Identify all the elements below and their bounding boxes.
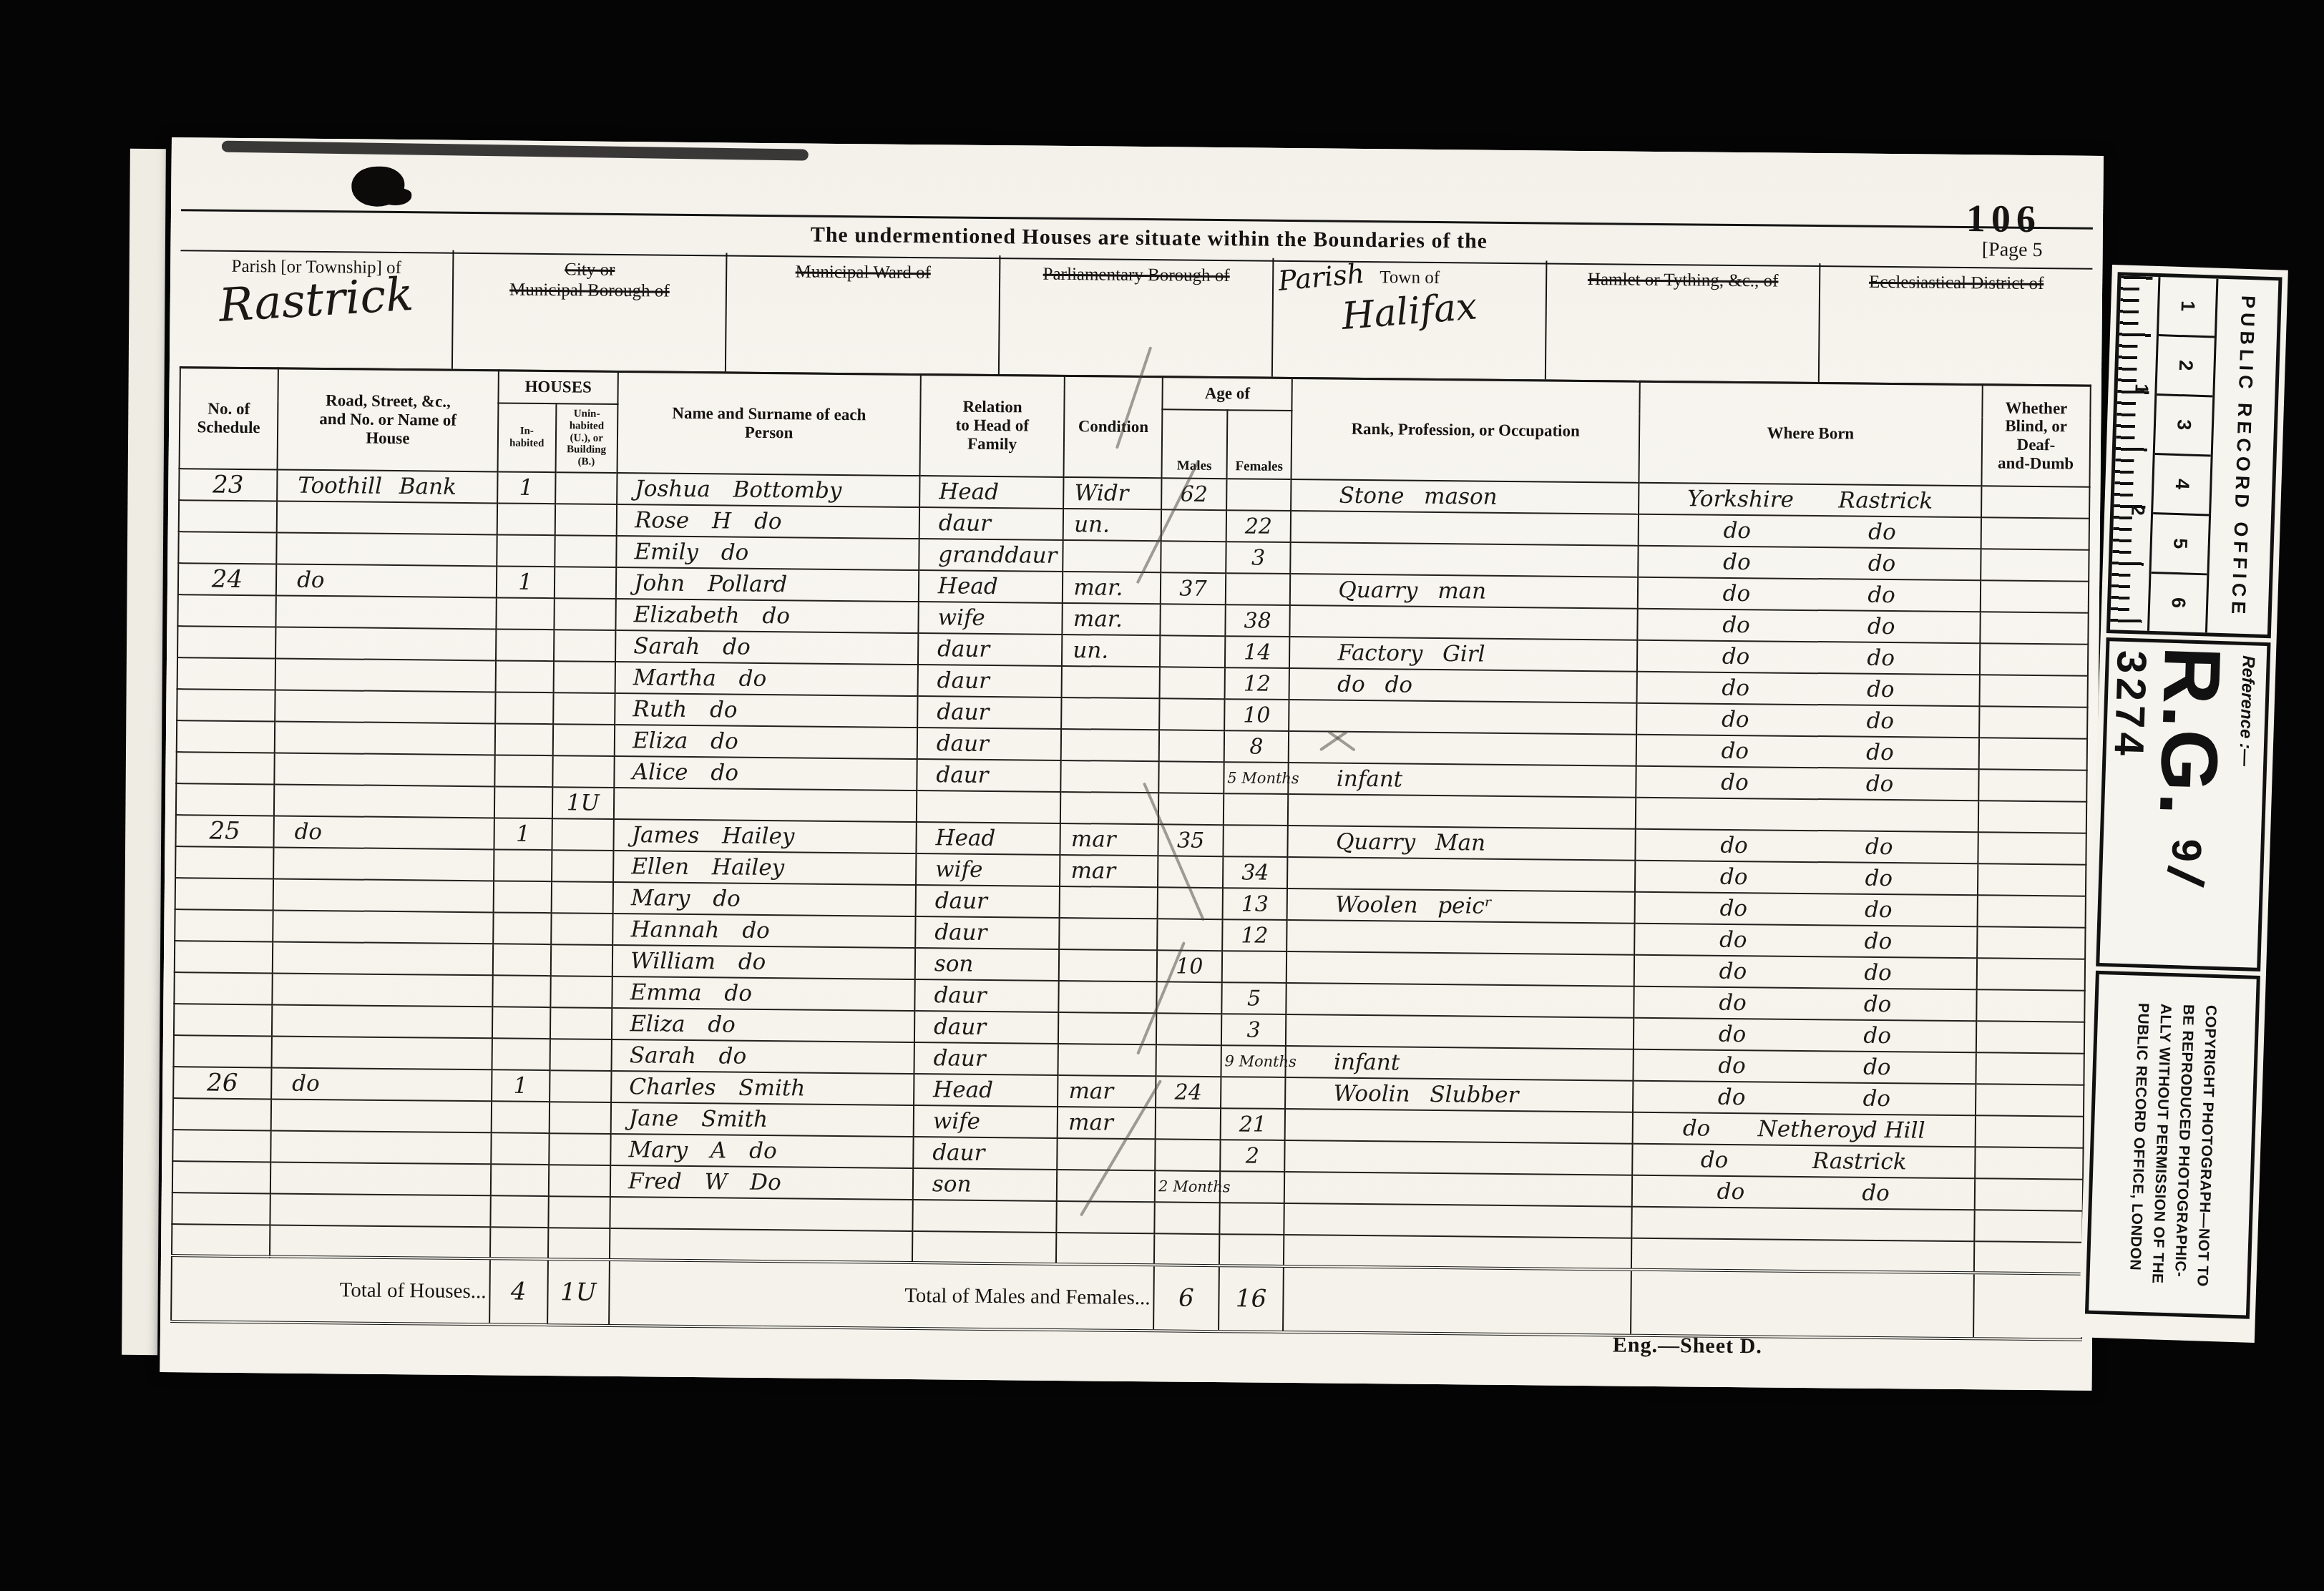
cell-name: Mary do bbox=[613, 882, 916, 916]
cell-inhabited bbox=[492, 1038, 550, 1070]
reference-label: Reference :— bbox=[2235, 655, 2258, 767]
cell-relation: granddaur bbox=[919, 539, 1063, 572]
pro-office-label: PUBLIC RECORD OFFICE bbox=[2207, 279, 2279, 635]
cell-inhabited bbox=[491, 1132, 549, 1165]
born-place: Rastrick bbox=[1838, 487, 1933, 514]
born-county: do bbox=[1719, 959, 1747, 984]
cell-address bbox=[272, 1004, 492, 1038]
cell-schedule bbox=[177, 657, 275, 690]
col-address: Road, Street, &c., and No. or Name of Ho… bbox=[277, 368, 498, 471]
cell-infirmity bbox=[1978, 769, 2087, 801]
born-county: do bbox=[1720, 833, 1748, 858]
cell-schedule bbox=[175, 846, 273, 878]
cell-relation: Head bbox=[916, 822, 1060, 855]
cell-schedule: 25 bbox=[175, 815, 273, 847]
reference-slash: / bbox=[2158, 863, 2213, 891]
cell-condition bbox=[1059, 918, 1157, 950]
copyright-notice: COPYRIGHT PHOTOGRAPH—NOT TO BE REPRODUCE… bbox=[2123, 1002, 2222, 1287]
cell-occupation: Woolin Slubber bbox=[1285, 1077, 1633, 1112]
cell-uninhabited bbox=[555, 535, 617, 567]
cell-name: Jane Smith bbox=[611, 1102, 914, 1137]
cell-age-female: 5 bbox=[1221, 982, 1286, 1014]
total-males-females-label: Total of Males and Females... bbox=[609, 1260, 1154, 1331]
col-inhabited: In- habited bbox=[498, 403, 556, 472]
cell-born bbox=[1636, 798, 1979, 833]
district-label: Hamlet or Tything, &c., of bbox=[1588, 270, 1779, 292]
cell-age-male bbox=[1155, 1139, 1220, 1171]
col-age-group: Age of bbox=[1163, 376, 1293, 411]
born-county: do bbox=[1722, 707, 1749, 733]
cell-schedule bbox=[172, 1224, 270, 1256]
born-county: do bbox=[1722, 612, 1750, 638]
total-males: 6 bbox=[1153, 1265, 1219, 1331]
district-cell: Parliamentary Borough of bbox=[1000, 255, 1274, 377]
cell-inhabited bbox=[496, 597, 554, 630]
district-cell: Municipal Ward of bbox=[726, 253, 1001, 374]
cell-age-male bbox=[1155, 1202, 1220, 1234]
cell-schedule bbox=[177, 720, 275, 753]
cell-condition: mar. bbox=[1063, 572, 1161, 604]
born-place: do bbox=[1865, 866, 1893, 891]
cell-occupation bbox=[1286, 983, 1634, 1018]
district-cell: ParishTown ofHalifax bbox=[1273, 258, 1548, 380]
cell-age-male: 24 bbox=[1156, 1076, 1221, 1108]
cell-inhabited bbox=[496, 629, 554, 661]
cell-inhabited bbox=[494, 755, 552, 787]
cell-name: Mary A do bbox=[610, 1134, 913, 1168]
cell-uninhabited bbox=[550, 944, 612, 976]
cell-inhabited bbox=[493, 944, 551, 976]
cell-age-female bbox=[1226, 479, 1292, 511]
cell-born: dodo bbox=[1636, 766, 1979, 801]
cell-schedule bbox=[172, 1130, 270, 1162]
cell-infirmity bbox=[1975, 1147, 2084, 1179]
born-place: do bbox=[1862, 1180, 1890, 1206]
col-houses-group: HOUSES bbox=[498, 370, 618, 404]
cell-relation: daur bbox=[913, 1137, 1058, 1170]
born-county: do bbox=[1719, 927, 1747, 953]
cell-born: dodo bbox=[1638, 546, 1981, 581]
cell-age-female: 12 bbox=[1224, 667, 1289, 700]
item-number: 3274 bbox=[2105, 650, 2155, 760]
born-county: do bbox=[1722, 644, 1750, 670]
cell-age-female: 21 bbox=[1220, 1108, 1285, 1140]
cell-age-male bbox=[1158, 856, 1223, 888]
cell-condition: mar. bbox=[1063, 603, 1161, 635]
cell-inhabited bbox=[496, 660, 554, 692]
cell-schedule bbox=[179, 500, 277, 532]
cell-age-female: 3 bbox=[1221, 1014, 1286, 1046]
reference-box: R.G. 9 / 3274 Reference :— bbox=[2096, 637, 2270, 971]
cell-infirmity bbox=[1978, 832, 2086, 864]
cell-condition bbox=[1057, 1201, 1155, 1233]
cell-inhabited bbox=[494, 786, 552, 818]
cell-name: Fred W Do bbox=[610, 1165, 913, 1200]
cell-occupation: infant bbox=[1286, 1046, 1634, 1081]
cell-uninhabited bbox=[548, 1165, 610, 1197]
pro-ruler-strip: 1 2 1 2 3 4 5 6 PUBLIC RECORD OFFICE R.G… bbox=[2079, 265, 2288, 1343]
cell-occupation: Factory Girl bbox=[1289, 637, 1637, 672]
cell-address bbox=[273, 847, 494, 881]
cell-age-female: 22 bbox=[1226, 510, 1291, 542]
total-houses-label: Total of Houses... bbox=[171, 1255, 490, 1324]
cell-uninhabited bbox=[547, 1228, 610, 1260]
cell-inhabited bbox=[490, 1227, 548, 1259]
cell-address bbox=[273, 941, 493, 975]
cell-age-male: 62 bbox=[1161, 478, 1226, 510]
district-cell: City or Municipal Borough of bbox=[453, 250, 728, 372]
cell-age-male bbox=[1159, 730, 1224, 762]
cell-born: dodo bbox=[1634, 1018, 1977, 1053]
born-place: do bbox=[1864, 960, 1892, 986]
cell-relation: daur bbox=[917, 728, 1062, 760]
born-county: do bbox=[1719, 896, 1747, 921]
cell-relation: daur bbox=[917, 759, 1061, 792]
cell-inhabited bbox=[492, 1101, 550, 1133]
cell-name bbox=[610, 1197, 912, 1231]
cell-born: dodo bbox=[1636, 735, 1979, 770]
ruler-scale-number: 3 bbox=[2155, 396, 2213, 456]
born-county: do bbox=[1722, 675, 1749, 701]
cell-occupation bbox=[1285, 1140, 1633, 1175]
cell-age-male bbox=[1158, 761, 1224, 793]
cell-age-male bbox=[1156, 1107, 1221, 1140]
cell-occupation: Stone mason bbox=[1291, 479, 1639, 514]
cell-schedule bbox=[174, 1035, 272, 1067]
cell-infirmity bbox=[1976, 1084, 2084, 1116]
cell-condition bbox=[1057, 1138, 1155, 1170]
cell-born: dodo bbox=[1637, 577, 1981, 612]
cell-schedule bbox=[175, 878, 273, 910]
cell-uninhabited bbox=[552, 724, 615, 756]
cell-relation: Head bbox=[919, 570, 1063, 603]
cell-name: Emma do bbox=[612, 976, 914, 1011]
cell-age-male bbox=[1158, 793, 1224, 825]
scan-smear bbox=[222, 141, 809, 161]
cell-age-male: 37 bbox=[1161, 572, 1226, 604]
cell-inhabited: 1 bbox=[497, 566, 555, 598]
cell-age-female bbox=[1219, 1203, 1284, 1235]
born-county: do bbox=[1721, 770, 1749, 795]
cell-born bbox=[1631, 1238, 1975, 1273]
cell-infirmity bbox=[1974, 1210, 2083, 1242]
cell-age-female bbox=[1223, 825, 1288, 857]
cell-age-female: 10 bbox=[1224, 699, 1289, 731]
cell-condition: mar bbox=[1060, 823, 1158, 856]
ruler-scale-number: 2 bbox=[2157, 336, 2215, 397]
cell-uninhabited bbox=[552, 850, 614, 882]
cell-name: Alice do bbox=[614, 756, 917, 790]
cell-occupation: infant bbox=[1289, 763, 1636, 798]
cell-name: Ruth do bbox=[615, 693, 917, 728]
cell-occupation bbox=[1286, 1014, 1634, 1049]
cell-age-female bbox=[1226, 573, 1291, 605]
cell-name: Eliza do bbox=[612, 1008, 914, 1042]
cell-condition bbox=[1059, 981, 1157, 1013]
cell-name bbox=[614, 788, 917, 822]
district-value: Rastrick bbox=[179, 265, 454, 335]
cell-condition bbox=[1056, 1233, 1154, 1265]
cell-schedule bbox=[176, 783, 274, 816]
cell-condition bbox=[1061, 697, 1159, 730]
cell-address bbox=[273, 878, 494, 912]
born-county: do bbox=[1723, 518, 1751, 544]
cell-age-female bbox=[1224, 793, 1289, 826]
cell-condition: un. bbox=[1062, 635, 1160, 667]
born-place: do bbox=[1868, 551, 1896, 577]
ruler-scale-number: 5 bbox=[2151, 514, 2209, 575]
cell-address bbox=[271, 1099, 492, 1132]
cell-age-male: 2 Months bbox=[1155, 1170, 1220, 1203]
col-born: Where Born bbox=[1639, 381, 1983, 486]
cell-age-female: 34 bbox=[1223, 856, 1288, 888]
cell-uninhabited bbox=[551, 913, 613, 945]
born-county: do bbox=[1717, 1179, 1745, 1205]
cell-uninhabited bbox=[553, 630, 615, 662]
cell-name: Rose H do bbox=[617, 504, 919, 539]
born-place: do bbox=[1863, 1054, 1891, 1080]
cell-uninhabited bbox=[552, 818, 614, 851]
cell-age-male bbox=[1157, 919, 1222, 951]
cell-schedule bbox=[175, 909, 273, 941]
col-infirmity: Whether Blind, or Deaf- and-Dumb bbox=[1981, 384, 2090, 486]
born-place: do bbox=[1864, 992, 1892, 1017]
cell-inhabited: 1 bbox=[492, 1069, 550, 1102]
cell-born: dodo bbox=[1634, 987, 1977, 1022]
born-place: Rastrick bbox=[1812, 1148, 1907, 1175]
cell-relation: son bbox=[915, 948, 1060, 981]
cell-infirmity bbox=[1981, 517, 2090, 549]
cell-address bbox=[270, 1130, 491, 1164]
cell-uninhabited bbox=[550, 976, 612, 1008]
cell-name: Ellen Hailey bbox=[613, 851, 916, 885]
born-place: do bbox=[1865, 897, 1893, 923]
born-county: Yorkshire bbox=[1687, 486, 1794, 512]
cell-born: dodo bbox=[1631, 1175, 1975, 1210]
cell-born: dodo bbox=[1635, 829, 1978, 864]
cell-occupation bbox=[1284, 1203, 1632, 1238]
cell-schedule bbox=[173, 1098, 271, 1130]
cell-condition bbox=[1059, 949, 1157, 981]
cell-born: dodo bbox=[1634, 924, 1978, 959]
cell-relation: Head bbox=[919, 476, 1064, 509]
series-code: R.G. bbox=[2143, 645, 2237, 818]
ruler: 1 2 1 2 3 4 5 6 PUBLIC RECORD OFFICE bbox=[2106, 272, 2282, 638]
cell-relation: daur bbox=[914, 1011, 1059, 1044]
cell-address bbox=[277, 501, 497, 534]
cell-age-male: 10 bbox=[1157, 950, 1222, 982]
total-houses-uninhabited: 1U bbox=[547, 1259, 610, 1326]
district-label: Town of bbox=[1380, 268, 1440, 289]
cell-address bbox=[274, 784, 494, 818]
cell-occupation bbox=[1289, 700, 1637, 735]
born-place: do bbox=[1868, 519, 1896, 545]
cell-uninhabited bbox=[555, 472, 617, 504]
cell-infirmity bbox=[1979, 675, 2088, 707]
cell-age-male bbox=[1156, 1013, 1221, 1045]
cell-address bbox=[275, 595, 496, 629]
cell-infirmity bbox=[1978, 801, 2087, 833]
born-county: do bbox=[1723, 581, 1751, 607]
cell-relation: daur bbox=[917, 696, 1062, 729]
census-page: 106 The undermentioned Houses are situat… bbox=[160, 137, 2103, 1391]
ruler-inch-number: 1 bbox=[2130, 383, 2152, 394]
cell-infirmity bbox=[1976, 1021, 2085, 1053]
cell-age-female: 5 Months bbox=[1224, 762, 1289, 794]
ruler-scale-number: 4 bbox=[2153, 455, 2211, 516]
cell-age-male bbox=[1154, 1233, 1219, 1266]
cell-infirmity bbox=[1978, 863, 2086, 896]
col-relation: Relation to Head of Family bbox=[919, 374, 1065, 477]
reference-series: R.G. 9 / 3274 bbox=[2101, 644, 2232, 966]
cell-infirmity bbox=[1976, 1052, 2084, 1085]
cell-infirmity bbox=[1981, 580, 2089, 612]
cell-infirmity bbox=[1981, 549, 2089, 581]
col-schedule: No. of Schedule bbox=[180, 367, 278, 469]
cell-address bbox=[274, 753, 494, 786]
born-place: do bbox=[1867, 582, 1895, 608]
cell-schedule: 26 bbox=[173, 1067, 271, 1099]
born-county: do bbox=[1720, 864, 1748, 890]
born-place: do bbox=[1862, 1086, 1890, 1112]
col-name: Name and Surname of each Person bbox=[617, 371, 921, 476]
cell-schedule bbox=[175, 941, 273, 973]
cell-born: dodo bbox=[1637, 609, 1981, 644]
ruler-scale: 1 2 3 4 5 6 bbox=[2147, 277, 2219, 632]
cell-condition bbox=[1060, 792, 1158, 824]
district-label: Ecclesiastical District of bbox=[1869, 273, 2044, 295]
cell-schedule bbox=[172, 1193, 270, 1225]
cell-relation: Head bbox=[914, 1074, 1058, 1107]
cell-inhabited bbox=[492, 1007, 550, 1039]
cell-relation: daur bbox=[917, 665, 1062, 697]
cell-relation bbox=[912, 1200, 1057, 1233]
cell-uninhabited bbox=[553, 692, 615, 725]
cell-occupation: do do bbox=[1289, 668, 1637, 703]
cell-born: dodo bbox=[1635, 861, 1978, 896]
cell-occupation bbox=[1291, 511, 1639, 546]
ruler-scale-number: 6 bbox=[2149, 574, 2207, 632]
cell-inhabited bbox=[494, 881, 552, 913]
cell-condition bbox=[1060, 886, 1158, 919]
census-table: No. of Schedule Road, Street, &c., and N… bbox=[170, 366, 2091, 1341]
cell-uninhabited bbox=[550, 1039, 612, 1071]
cell-condition bbox=[1062, 666, 1160, 698]
district-label: Municipal Ward of bbox=[796, 262, 931, 284]
district-cell: Hamlet or Tything, &c., of bbox=[1546, 260, 1821, 382]
piece-number: 9 bbox=[2163, 838, 2210, 862]
cell-schedule bbox=[178, 532, 276, 564]
cell-uninhabited bbox=[553, 661, 615, 693]
cell-schedule bbox=[172, 1161, 270, 1193]
cell-relation: daur bbox=[914, 979, 1059, 1012]
cell-condition: mar bbox=[1060, 855, 1158, 887]
cell-schedule bbox=[177, 689, 275, 721]
cell-address: do bbox=[276, 564, 497, 597]
cell-inhabited bbox=[491, 1164, 549, 1196]
cell-condition bbox=[1061, 729, 1159, 761]
cell-address: do bbox=[273, 816, 494, 849]
born-county: do bbox=[1718, 1085, 1746, 1110]
cell-age-female: 3 bbox=[1226, 542, 1291, 574]
born-place: do bbox=[1863, 1023, 1891, 1049]
cell-uninhabited bbox=[549, 1133, 611, 1165]
born-county: do bbox=[1701, 1147, 1729, 1173]
cell-relation: daur bbox=[916, 885, 1060, 918]
cell-occupation bbox=[1287, 920, 1635, 955]
cell-born: dodo bbox=[1633, 1049, 1976, 1085]
cell-infirmity bbox=[1974, 1241, 2083, 1273]
col-uninhabited: Unin- habited (U.), or Building (B.) bbox=[555, 403, 618, 473]
cell-inhabited bbox=[490, 1195, 548, 1228]
ink-blot bbox=[351, 166, 405, 207]
cell-inhabited bbox=[492, 975, 550, 1007]
cell-born: dodo bbox=[1634, 892, 1978, 927]
cell-name: Joshua Bottomby bbox=[617, 473, 919, 507]
cell-age-female: 12 bbox=[1222, 919, 1287, 951]
cell-born: dodo bbox=[1636, 703, 1980, 738]
cell-age-female: 2 bbox=[1220, 1140, 1285, 1172]
cell-infirmity bbox=[1981, 486, 2090, 518]
cell-inhabited: 1 bbox=[494, 818, 552, 850]
ruler-inch-number: 2 bbox=[2127, 505, 2149, 516]
cell-uninhabited bbox=[552, 755, 615, 788]
cell-age-female: 9 Months bbox=[1221, 1045, 1286, 1077]
cell-infirmity bbox=[1977, 958, 2086, 990]
col-condition: Condition bbox=[1064, 376, 1163, 478]
cell-name: Emily do bbox=[616, 536, 919, 570]
born-place: Netheroyd Hill bbox=[1758, 1116, 1925, 1143]
cell-born: dodo bbox=[1637, 640, 1981, 675]
cell-uninhabited bbox=[555, 504, 617, 536]
cell-uninhabited bbox=[554, 567, 616, 599]
cell-inhabited bbox=[493, 912, 551, 944]
cell-born: dodo bbox=[1636, 672, 1980, 707]
cell-occupation bbox=[1286, 951, 1634, 987]
ruler-scale-number: 1 bbox=[2159, 277, 2217, 338]
cell-name: Charles Smith bbox=[611, 1071, 914, 1105]
cell-age-male bbox=[1156, 1044, 1221, 1077]
cell-occupation: Quarry man bbox=[1290, 574, 1638, 609]
cell-infirmity bbox=[1975, 1178, 2084, 1210]
cell-schedule bbox=[177, 626, 275, 658]
cell-infirmity bbox=[1977, 926, 2086, 959]
cell-schedule bbox=[176, 752, 274, 784]
cell-uninhabited bbox=[554, 598, 616, 630]
cell-occupation bbox=[1290, 605, 1638, 640]
col-occupation: Rank, Profession, or Occupation bbox=[1292, 378, 1640, 483]
cell-age-male bbox=[1160, 635, 1225, 667]
cell-relation: wife bbox=[914, 1105, 1058, 1138]
cell-address bbox=[270, 1162, 491, 1195]
born-place: do bbox=[1867, 614, 1895, 640]
cell-relation bbox=[917, 790, 1061, 823]
total-females: 16 bbox=[1219, 1266, 1284, 1332]
cell-relation: wife bbox=[918, 602, 1063, 635]
cell-infirmity bbox=[1980, 643, 2089, 675]
district-cell: Parish [or Township] ofRastrick bbox=[180, 248, 454, 369]
cell-inhabited bbox=[497, 503, 555, 535]
cell-born: doNetheroyd Hill bbox=[1632, 1112, 1976, 1147]
cell-condition: mar bbox=[1058, 1075, 1156, 1107]
born-place: do bbox=[1865, 834, 1893, 860]
cell-infirmity bbox=[1976, 989, 2085, 1022]
cell-name: John Pollard bbox=[616, 567, 919, 602]
cell-address bbox=[276, 532, 497, 566]
cell-born: doRastrick bbox=[1632, 1144, 1976, 1179]
copyright-box: COPYRIGHT PHOTOGRAPH—NOT TO BE REPRODUCE… bbox=[2085, 971, 2260, 1319]
cell-uninhabited: 1U bbox=[552, 787, 614, 819]
